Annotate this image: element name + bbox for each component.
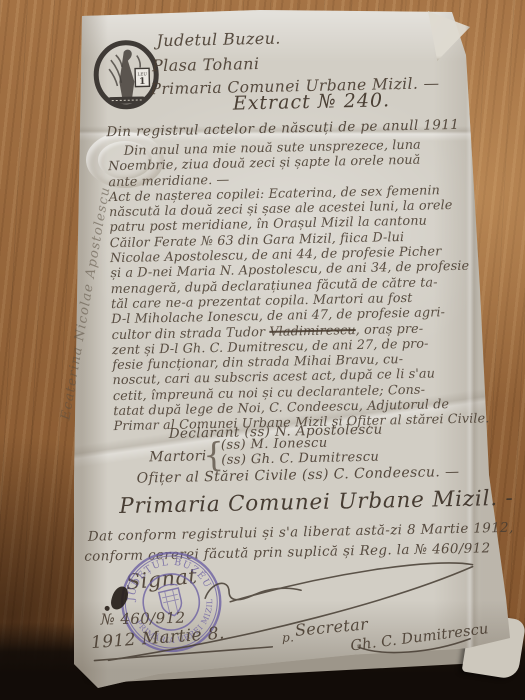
secretar-prefix: p. xyxy=(282,630,295,644)
fiscal-value-label: 1 xyxy=(139,77,145,87)
struck-line-post: , oraș pre- xyxy=(356,321,424,337)
fiscal-unit-label: LEU xyxy=(137,71,147,76)
county-line: Judetul Buzeu. xyxy=(156,29,281,51)
photograph-of-document: LEU 1 Judetul Buzeu. Plasa Tohani Primar… xyxy=(0,0,525,700)
witnesses-label: Martori xyxy=(149,448,207,465)
handwriting-layer: LEU 1 Judetul Buzeu. Plasa Tohani Primar… xyxy=(0,0,525,700)
register-line: Din registrul actelor de născuți de pe a… xyxy=(106,117,459,140)
allegory-figure-icon xyxy=(119,49,135,100)
struck-word: Vladimirescu xyxy=(269,323,356,340)
district-line: Plasa Tohani xyxy=(152,54,260,75)
civil-officer-line: Ofițer al Stărei Civile (ss) C. Condeesc… xyxy=(136,464,459,487)
issuing-authority-heading: Primaria Comunei Urbane Mizil. - xyxy=(119,486,514,519)
extract-title: Extract № 240. xyxy=(233,89,391,114)
act-body: Din anul una mie nouă sute unsprezece, l… xyxy=(108,136,496,435)
fiscal-stamp: LEU 1 xyxy=(90,38,162,113)
registry-number: № 460/912 xyxy=(100,609,185,629)
